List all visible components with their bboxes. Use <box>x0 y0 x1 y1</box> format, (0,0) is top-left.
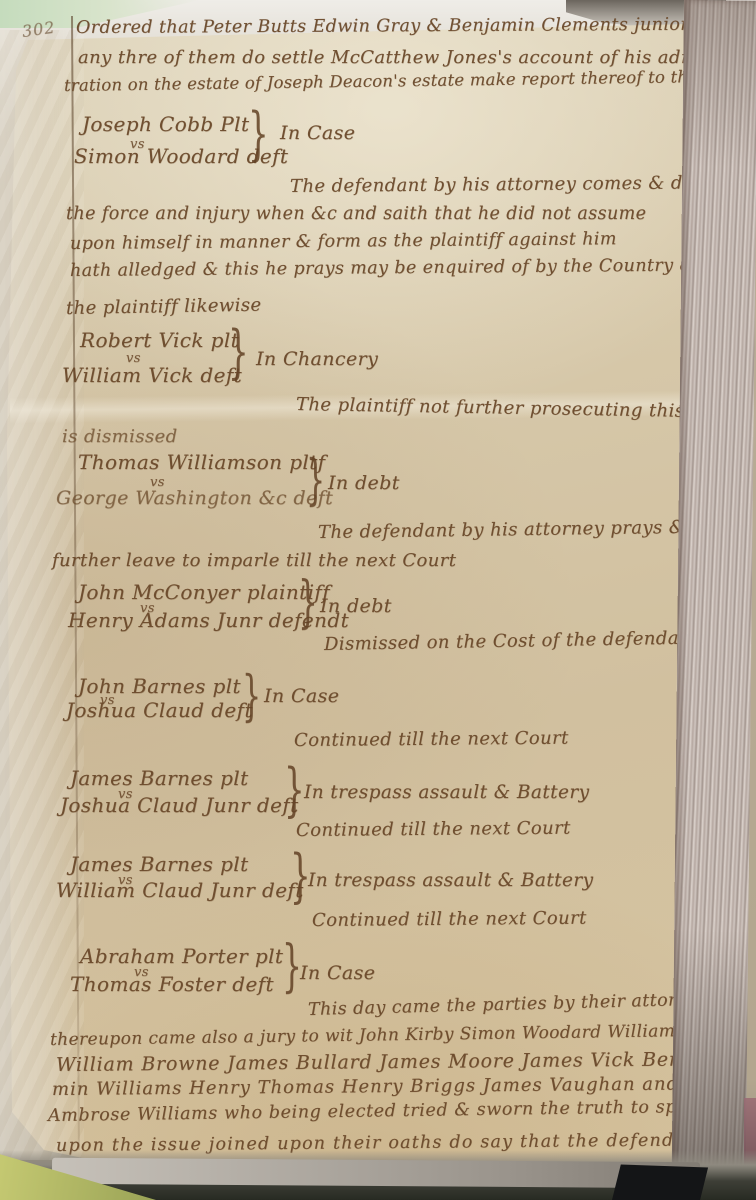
plaintiff-name: Thomas Williamson pltf <box>78 452 325 472</box>
plaintiff-name: John McConyer plaintiff <box>78 582 330 602</box>
plaintiff-name: James Barnes plt <box>70 854 249 874</box>
court-note-line: The defendant by his attorney comes & de… <box>290 174 746 196</box>
action-type: In debt <box>320 597 392 616</box>
court-note-line: is dismissed <box>62 428 178 446</box>
plaintiff-name: Robert Vick plt <box>80 330 239 350</box>
action-type: In trespass assault & Battery <box>308 872 593 891</box>
case-brace: } <box>248 108 269 160</box>
case-brace: } <box>242 672 261 721</box>
page-number: 302 <box>21 19 56 40</box>
binding-clamp <box>612 1164 708 1200</box>
court-note-line: Continued till the next Court <box>294 730 569 750</box>
defendant-name: William Claud Junr deft <box>56 880 304 900</box>
archival-sleeve-bottom-edge <box>52 1158 700 1189</box>
court-note-line: further leave to imparle till the next C… <box>52 552 456 570</box>
defendant-name: Thomas Foster deft <box>70 974 274 994</box>
order-text-line: Ordered that Peter Butts Edwin Gray & Be… <box>76 17 715 38</box>
case-brace: } <box>298 578 318 629</box>
court-note-line: Continued till the next Court <box>296 820 571 840</box>
action-type: In trespass assault & Battery <box>304 784 589 803</box>
defendant-name: Joshua Claud deft <box>66 700 253 720</box>
court-note-line: the force and injury when &c and saith t… <box>66 206 646 224</box>
case-brace: } <box>284 764 305 816</box>
plaintiff-name: Joseph Cobb Plt <box>82 114 249 134</box>
action-type: In debt <box>328 474 400 493</box>
defendant-name: Joshua Claud Junr deft <box>60 795 299 815</box>
order-text-line: any thre of them do settle McCatthew Jon… <box>78 49 732 67</box>
book-fore-edge <box>672 0 756 1193</box>
action-type: In Chancery <box>256 350 378 369</box>
action-type: In Case <box>280 124 355 143</box>
case-brace: } <box>306 456 325 505</box>
court-note-line: Continued till the next Court <box>312 910 587 930</box>
defendant-name: William Vick deft <box>62 365 242 385</box>
plaintiff-name: Abraham Porter plt <box>80 946 283 966</box>
court-note-line: the plaintiff likewise <box>66 297 262 318</box>
plaintiff-name: James Barnes plt <box>70 768 249 788</box>
case-brace: } <box>228 326 249 378</box>
manuscript-photo: 302 Ordered that Peter Butts Edwin Gray … <box>0 0 756 1200</box>
action-type: In Case <box>264 687 339 706</box>
action-type: In Case <box>300 964 375 983</box>
defendant-name: George Washington &c deft <box>56 489 333 508</box>
case-brace: } <box>282 942 302 993</box>
